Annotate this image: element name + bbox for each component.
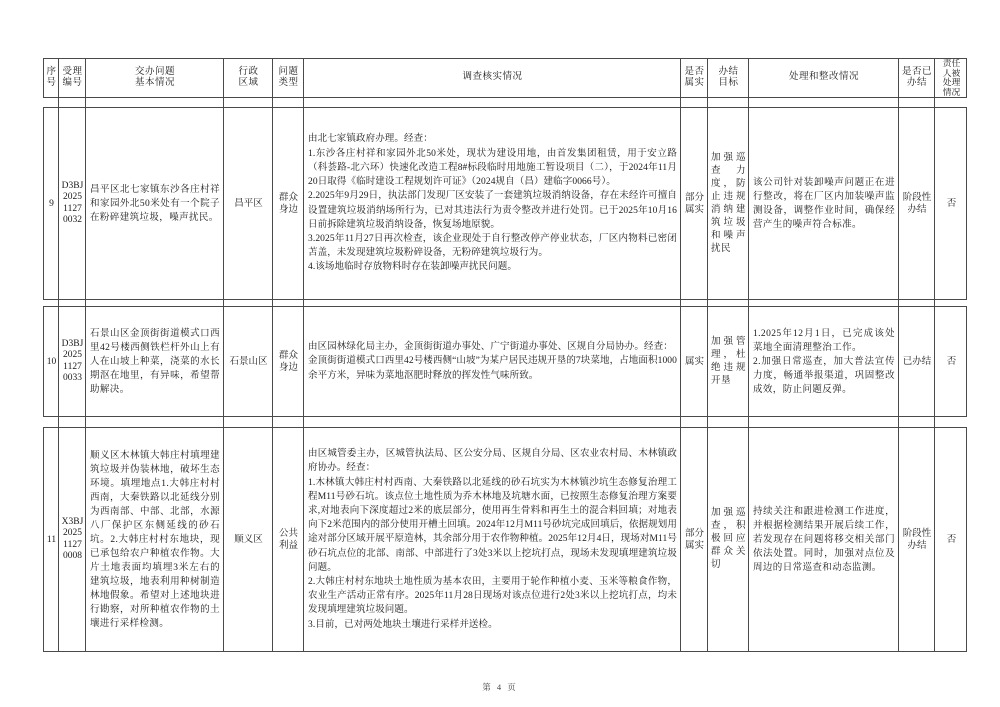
grid-line [223,58,224,652]
cell-district: 顺义区 [224,428,273,651]
header-cell-responsible: 责任 人被 处理 情况 [935,59,968,97]
header-cell-seq: 序 号 [44,59,59,97]
cell-handling: 1.2025年12月1日，已完成该处菜地全面清理整治工作。 2.加强日常巡查，加… [749,307,899,416]
cell-type: 公共 利益 [273,428,304,651]
cell-issue: 顺义区木林镇大韩庄村填埋建筑垃圾并伪装林地，破坏生态环境。填埋地点1.大韩庄村村… [86,428,224,651]
header-cell-goal: 办结 目标 [708,59,749,97]
grid-line [707,58,708,652]
grid-line [934,58,935,652]
grid-line [680,58,681,652]
cell-goal: 加强巡查，积极回应群众关切 [708,428,749,651]
cell-case-no: X3BJ 2025 1127 0008 [59,428,86,651]
table-header-row: 序 号 受理 编号 交办问题 基本情况 行政 区域 问题 类型 调查核实情况 是… [43,58,967,98]
cell-case-no: D3BJ 2025 1127 0032 [59,108,86,299]
cell-type: 群众 身边 [273,307,304,416]
cell-responsible: 否 [935,307,968,416]
cell-status: 阶段性 办结 [899,108,935,299]
cell-district: 石景山区 [224,307,273,416]
grid-line [898,58,899,652]
cell-responsible: 否 [935,108,968,299]
grid-line [748,58,749,652]
header-cell-district: 行政 区域 [224,59,273,97]
cell-seq: 9 [44,108,59,299]
grid-line [85,58,86,652]
header-cell-issue: 交办问题 基本情况 [86,59,224,97]
table-row: 10D3BJ 2025 1127 0033石景山区金顶街街道模式口西里42号楼西… [43,306,967,417]
page-number: 第 4 页 [0,681,1000,693]
header-cell-status: 是否已 办结 [899,59,935,97]
cell-issue: 石景山区金顶街街道模式口西里42号楼西侧铁栏杆外山上有人在山坡上种菜，浇菜的水长… [86,307,224,416]
cell-goal: 加强巡查力度，防止违规消纳建筑垃圾和噪声扰民 [708,108,749,299]
cell-case-no: D3BJ 2025 1127 0033 [59,307,86,416]
header-cell-verification: 调查核实情况 [304,59,681,97]
cell-is-true: 部分 属实 [681,108,708,299]
cell-goal: 加强管理，杜绝违规开垦 [708,307,749,416]
cell-verification: 由北七家镇政府办理。经查： 1.东沙各庄村祥和家园外北50米处，现状为建设用地，… [304,108,681,299]
table-row: 9D3BJ 2025 1127 0032昌平区北七家镇东沙各庄村祥和家园外北50… [43,107,967,300]
cell-seq: 11 [44,428,59,651]
cell-verification: 由区园林绿化局主办，金顶街街道办事处、广宁街道办事处、区规自分局协办。经查： 金… [304,307,681,416]
cell-status: 阶段性 办结 [899,428,935,651]
cell-status: 已办结 [899,307,935,416]
header-cell-is-true: 是否 属实 [681,59,708,97]
cell-handling: 该公司针对装卸噪声问题正在进行整改，将在厂区内加装噪声监测设备，调整作业时间，确… [749,108,899,299]
cell-handling: 持续关注和跟进检测工作进度，并根据检测结果开展后续工作，若发现存在问题将移交相关… [749,428,899,651]
grid-line [272,58,273,652]
cell-verification: 由区城管委主办，区城管执法局、区公安分局、区规自分局、区农业农村局、木林镇政府协… [304,428,681,651]
cell-issue: 昌平区北七家镇东沙各庄村祥和家园外北50米处有一个院子在粉碎建筑垃圾，噪声扰民。 [86,108,224,299]
cell-is-true: 部分 属实 [681,428,708,651]
cell-responsible: 否 [935,428,968,651]
header-cell-type: 问题 类型 [273,59,304,97]
grid-line [303,58,304,652]
table-row: 11X3BJ 2025 1127 0008顺义区木林镇大韩庄村填埋建筑垃圾并伪装… [43,427,967,652]
cell-district: 昌平区 [224,108,273,299]
cell-type: 群众 身边 [273,108,304,299]
cell-seq: 10 [44,307,59,416]
complaint-table: 序 号 受理 编号 交办问题 基本情况 行政 区域 问题 类型 调查核实情况 是… [43,58,967,652]
grid-line [58,58,59,652]
header-cell-handling: 处理和整改情况 [749,59,899,97]
cell-is-true: 属实 [681,307,708,416]
header-cell-case-no: 受理 编号 [59,59,86,97]
